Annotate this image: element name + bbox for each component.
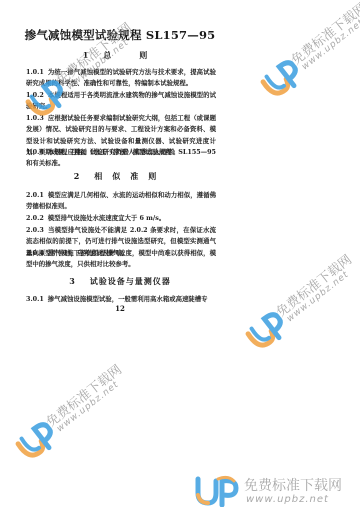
watermark-url: www.upbz.net (55, 380, 121, 435)
watermark-site-name: 免费标准下载网 (244, 475, 342, 495)
clause-text: 本规程适用于各类明流泄水建筑物的掺气减蚀设施模型的试验研究。 (26, 91, 216, 110)
upbz-logo-icon (255, 53, 307, 104)
section-title: 相似准则 (94, 171, 166, 181)
watermark-url: www.upbz.net (285, 270, 351, 325)
clause-text: 掺气减蚀设施模型试验，一般需利用高水箱或高速陡槽专 (48, 295, 208, 303)
clause-text: 排气设施下游的沿程掺气浓度，模型中尚难以获得相似，模型中的掺气浓度，只供相对比较… (26, 249, 216, 268)
watermark-site-name: 免费标准下载网 (42, 359, 125, 430)
clause-id: 2.0.4 (26, 249, 44, 257)
clause-id: 2.0.2 (26, 214, 44, 222)
section-number: 3 (69, 276, 76, 286)
page-number: 12 (0, 304, 240, 313)
section-heading-3: 3试验设备与量测仪器 (0, 276, 240, 287)
section-heading-1: 1总 则 (0, 50, 240, 61)
clause-id: 1.0.3 (26, 114, 44, 122)
section-heading-2: 2相似准则 (0, 171, 240, 182)
clause-2-0-1: 2.0.1模型应满足几何相似、水流的运动相似和动力相似，遵循佛劳德相似准则。 (26, 190, 216, 213)
upbz-logo-icon (192, 473, 240, 507)
clause-text: 为统一掺气减蚀模型的试验研究方法与技术要求，提高试验研究成果的科学性、准确性和可… (26, 68, 216, 87)
watermark-site-name: 免费标准下载网 (272, 249, 355, 320)
clause-2-0-4: 2.0.4排气设施下游的沿程掺气浓度，模型中尚难以获得相似，模型中的掺气浓度，只… (26, 248, 216, 271)
clause-1-0-2: 1.0.2本规程适用于各类明流泄水建筑物的掺气减蚀设施模型的试验研究。 (26, 90, 216, 113)
section-number: 1 (83, 50, 90, 60)
document-page: 掺气减蚀模型试验规程 SL157—95 1总 则 1.0.1为统一掺气减蚀模型的… (0, 0, 360, 510)
section-number: 2 (74, 171, 81, 181)
clause-1-0-4: 1.0.4本规程应遵循《水工（常规）模型试验规程》SL155—95和有关标准。 (26, 147, 216, 170)
watermark-site-name: 免费标准下载网 (287, 0, 360, 68)
watermark-middle-right: 免费标准下载网 www.upbz.net (240, 305, 295, 360)
clause-id: 2.0.1 (26, 191, 44, 199)
clause-1-0-1: 1.0.1为统一掺气减蚀模型的试验研究方法与技术要求，提高试验研究成果的科学性、… (26, 67, 216, 90)
clause-id: 1.0.2 (26, 91, 44, 99)
clause-id: 3.0.1 (26, 295, 44, 303)
clause-text: 模型排气设施处水流速度宜大于 6 m/s。 (48, 214, 165, 222)
section-title: 总 则 (103, 50, 157, 60)
clause-id: 1.0.1 (26, 68, 44, 76)
clause-id: 2.0.3 (26, 226, 44, 234)
upbz-logo-icon (10, 415, 62, 466)
clause-2-0-2: 2.0.2模型排气设施处水流速度宜大于 6 m/s。 (26, 213, 216, 224)
section-title: 试验设备与量测仪器 (90, 276, 171, 286)
document-title: 掺气减蚀模型试验规程 SL157—95 (0, 27, 240, 43)
watermark-top-right: 免费标准下载网 www.upbz.net (255, 53, 310, 108)
watermark-bottom-left: 免费标准下载网 www.upbz.net (10, 415, 65, 470)
clause-text: 模型应满足几何相似、水流的运动相似和动力相似，遵循佛劳德相似准则。 (26, 191, 216, 210)
upbz-logo-icon (240, 305, 292, 356)
clause-text: 本规程应遵循《水工（常规）模型试验规程》SL155—95和有关标准。 (26, 148, 216, 167)
clause-id: 1.0.4 (26, 148, 44, 156)
watermark-url: www.upbz.net (246, 494, 329, 505)
watermark-bottom-right: 免费标准下载网 www.upbz.net (192, 473, 240, 510)
watermark-url: www.upbz.net (300, 18, 360, 73)
